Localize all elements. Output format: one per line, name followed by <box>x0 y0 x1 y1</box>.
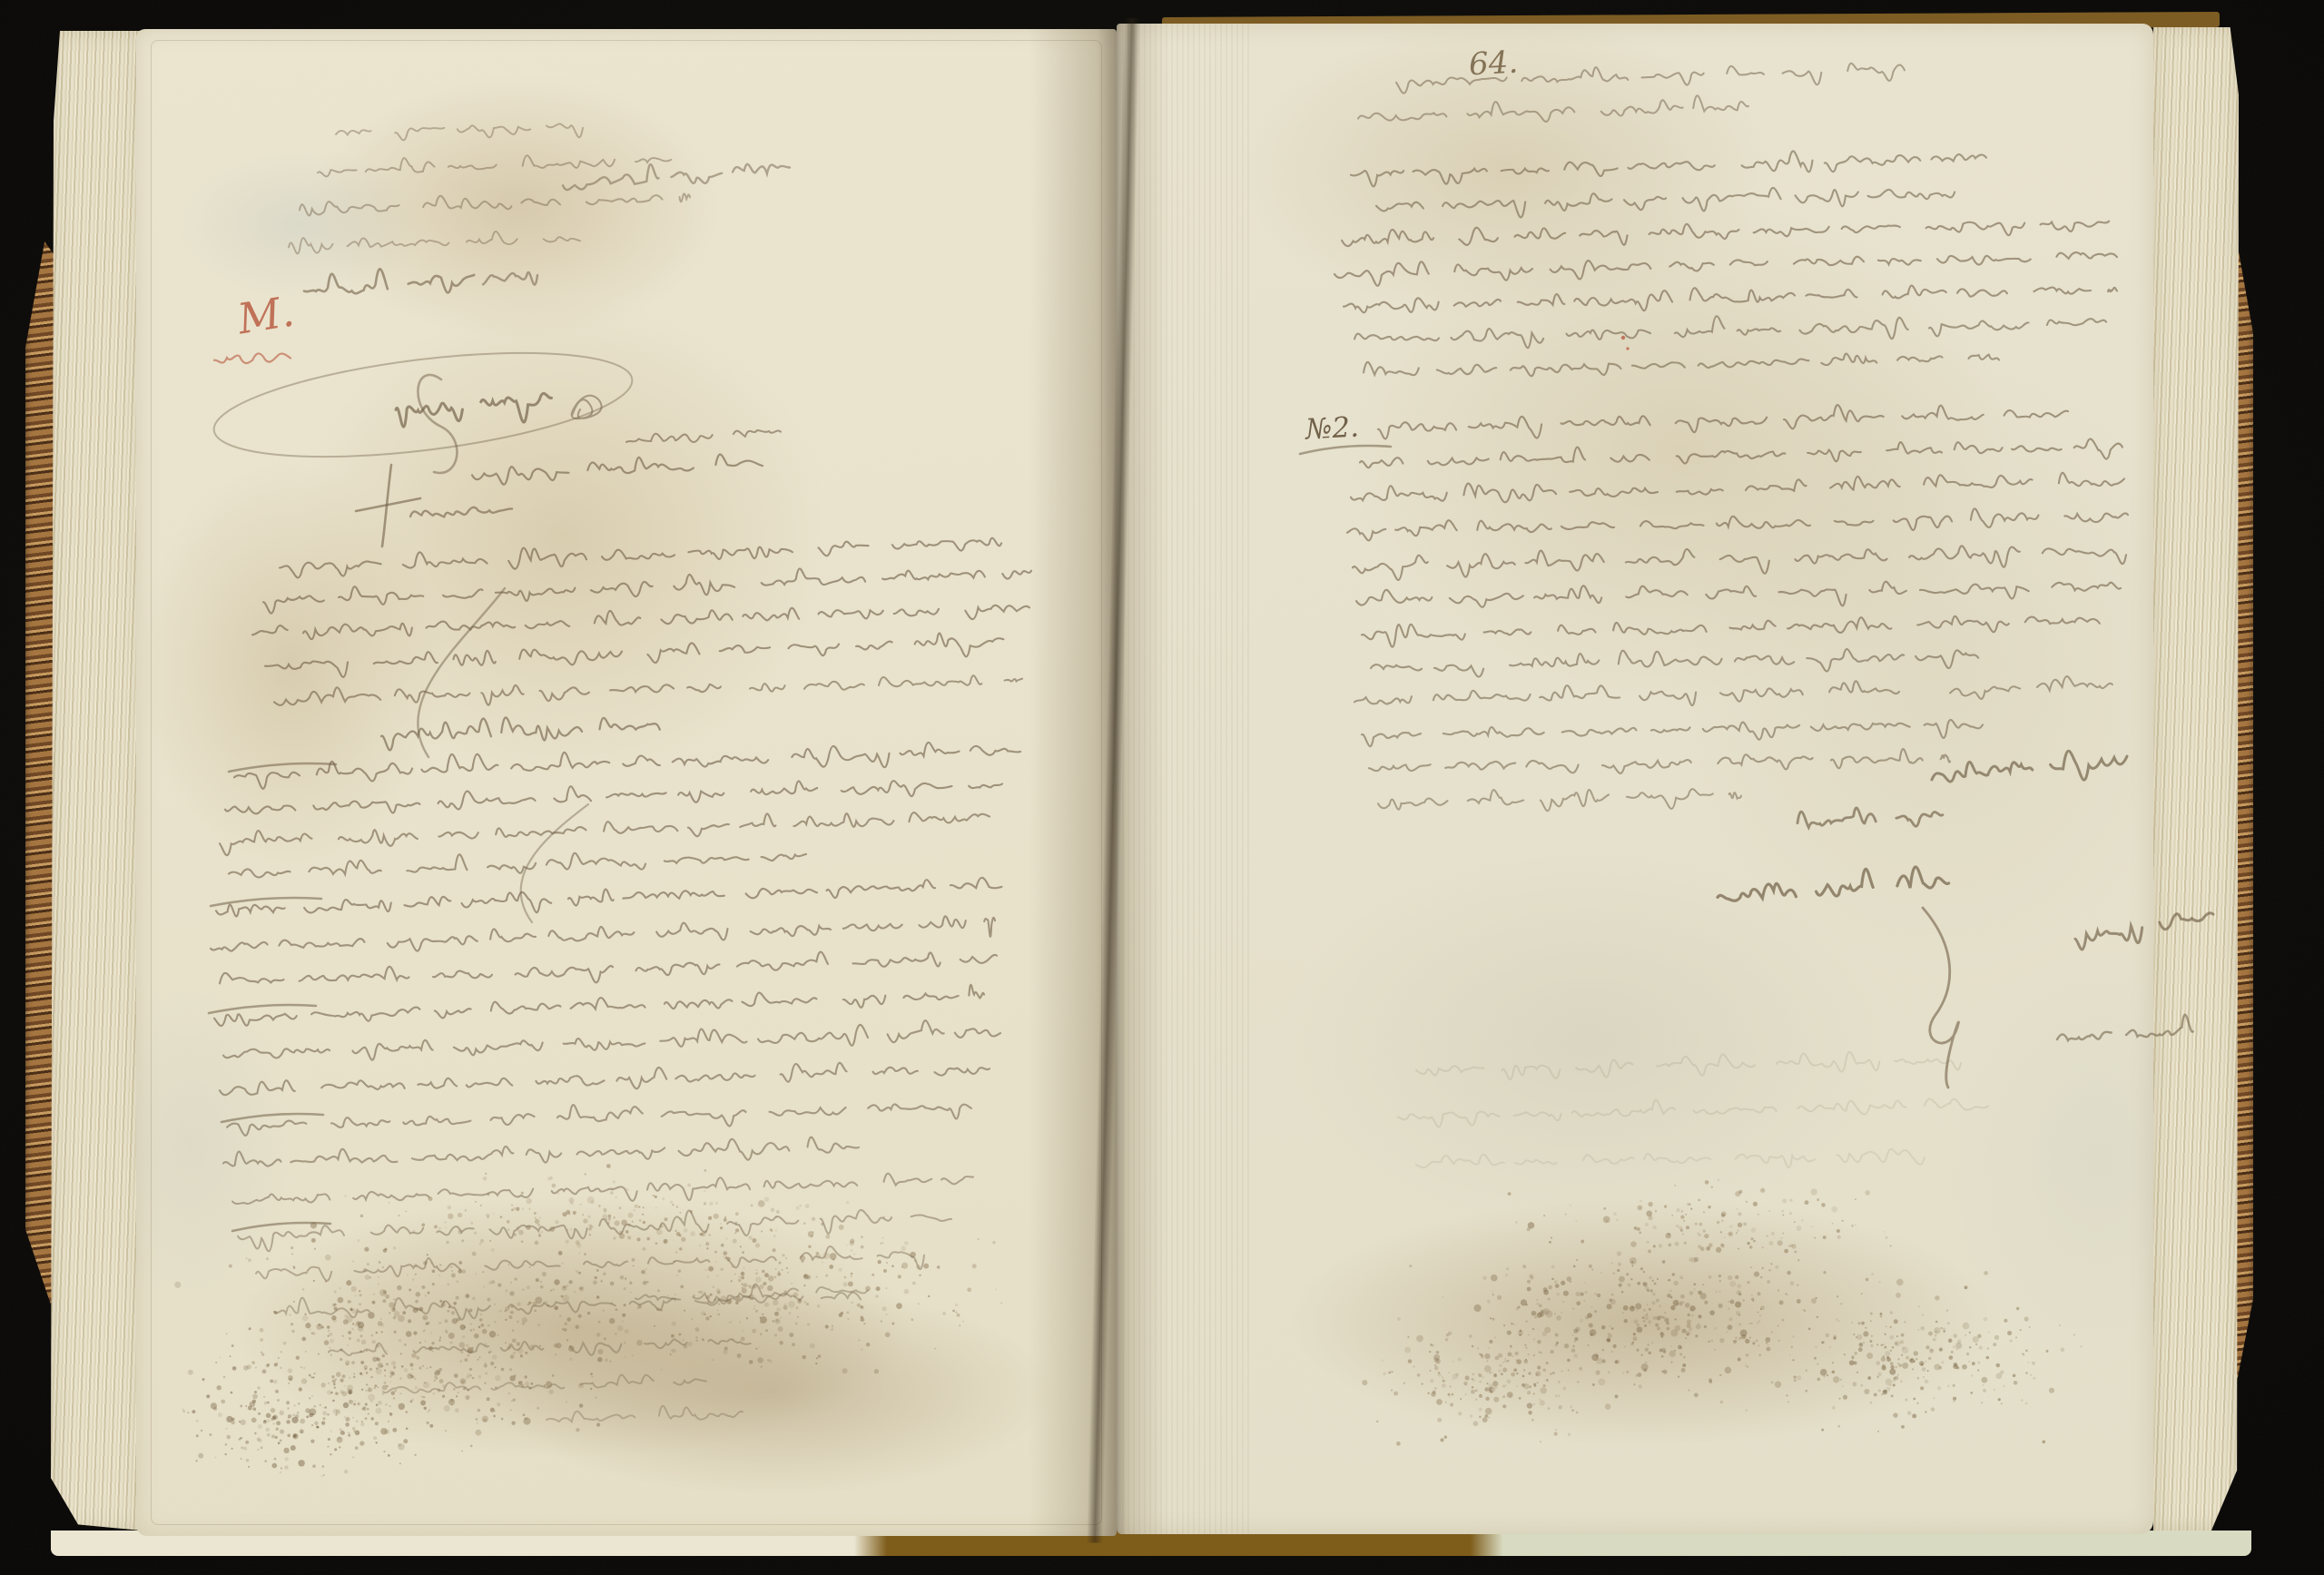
archival-number: №2. <box>1305 410 1360 446</box>
photo-backdrop: M. 64. №2. <box>0 0 2324 1575</box>
manuscript-page-left: M. <box>136 29 1117 1536</box>
page-stack-left <box>51 31 142 1531</box>
manuscript-page-right: 64. №2. <box>1117 24 2153 1534</box>
page-stack-right <box>2153 27 2239 1531</box>
red-ink-initial: M. <box>234 287 297 344</box>
folio-number: 64. <box>1468 44 1519 84</box>
